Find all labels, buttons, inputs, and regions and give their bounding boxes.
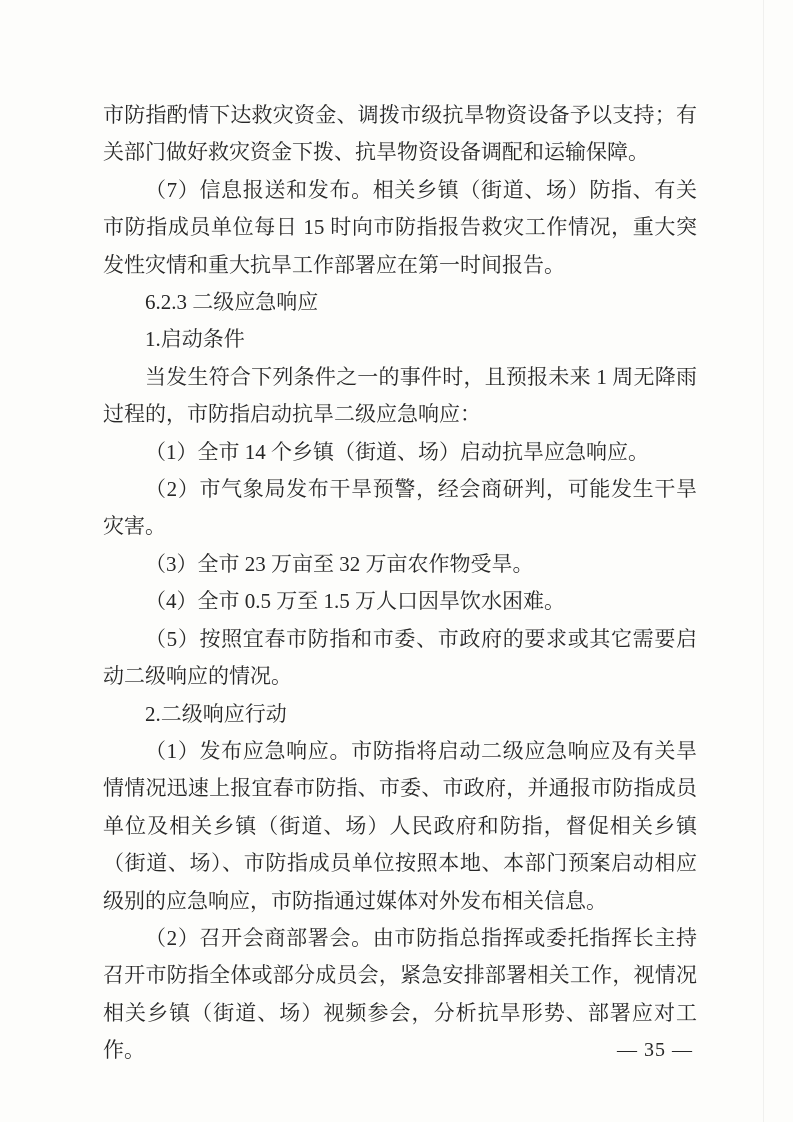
- scan-artifact-line: [763, 0, 764, 1122]
- paragraph: （3）全市 23 万亩至 32 万亩农作物受旱。: [103, 546, 697, 583]
- paragraph: 市防指酌情下达救灾资金、调拨市级抗旱物资设备予以支持；有关部门做好救灾资金下拨、…: [103, 97, 697, 172]
- paragraph: 1.启动条件: [103, 321, 697, 358]
- paragraph: （1）发布应急响应。市防指将启动二级应急响应及有关旱情情况迅速上报宜春市防指、市…: [103, 733, 697, 920]
- paragraph: （5）按照宜春市防指和市委、市政府的要求或其它需要启动二级响应的情况。: [103, 621, 697, 696]
- paragraph: 6.2.3 二级应急响应: [103, 284, 697, 321]
- document-page: 市防指酌情下达救灾资金、调拨市级抗旱物资设备予以支持；有关部门做好救灾资金下拨、…: [0, 0, 793, 1122]
- paragraph: （2）市气象局发布干旱预警，经会商研判，可能发生干旱灾害。: [103, 471, 697, 546]
- paragraph: 2.二级响应行动: [103, 696, 697, 733]
- paragraph: （2）召开会商部署会。由市防指总指挥或委托指挥长主持召开市防指全体或部分成员会，…: [103, 920, 697, 1070]
- page-number: — 35 —: [617, 1038, 693, 1062]
- document-body: 市防指酌情下达救灾资金、调拨市级抗旱物资设备予以支持；有关部门做好救灾资金下拨、…: [103, 97, 697, 1070]
- paragraph: （7）信息报送和发布。相关乡镇（街道、场）防指、有关市防指成员单位每日 15 时…: [103, 172, 697, 284]
- paragraph: 当发生符合下列条件之一的事件时，且预报未来 1 周无降雨过程的，市防指启动抗旱二…: [103, 359, 697, 434]
- paragraph: （4）全市 0.5 万至 1.5 万人口因旱饮水困难。: [103, 583, 697, 620]
- paragraph: （1）全市 14 个乡镇（街道、场）启动抗旱应急响应。: [103, 434, 697, 471]
